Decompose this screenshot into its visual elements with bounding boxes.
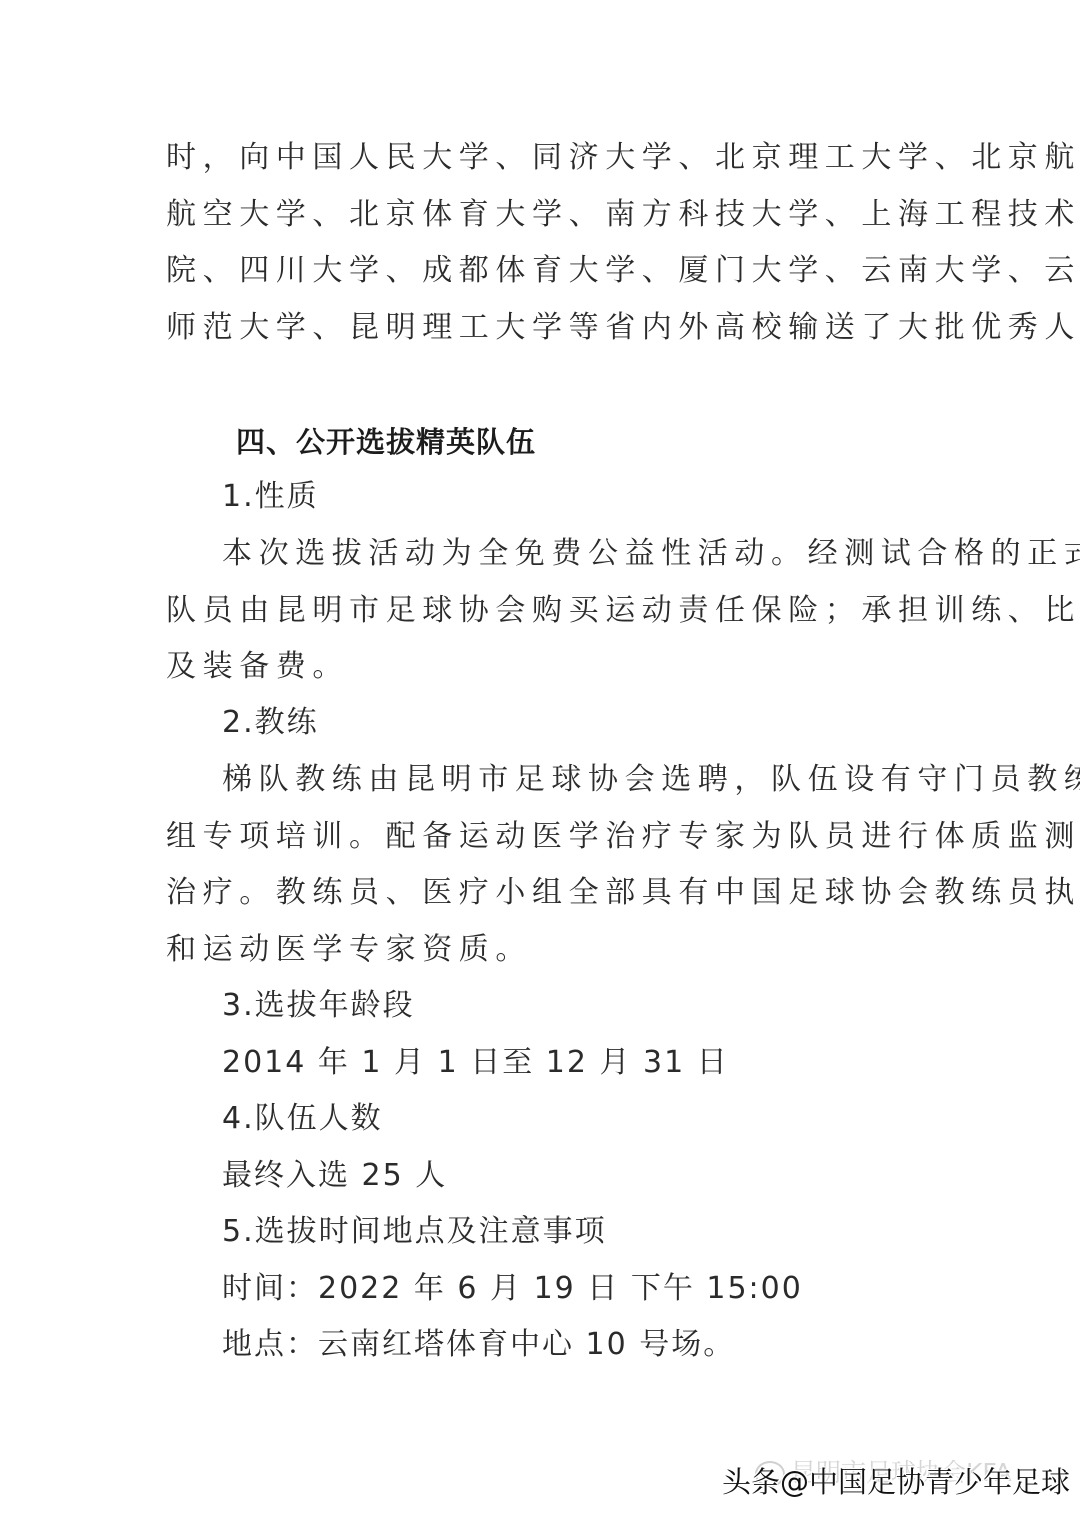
- item-body-line: 最终入选 25 人: [222, 1156, 982, 1196]
- paragraph-line: 院、四川大学、成都体育大学、厦门大学、云南大学、云南: [166, 251, 926, 291]
- item-body-line: 治疗。教练员、医疗小组全部具有中国足球协会教练员执教: [166, 873, 926, 913]
- item-body-line: 队员由昆明市足球协会购买运动责任保险；承担训练、比赛: [166, 591, 926, 631]
- item-body-line: 组专项培训。配备运动医学治疗专家为队员进行体质监测和: [166, 817, 926, 857]
- source-watermark: 头条@中国足协青少年足球: [722, 1465, 1070, 1499]
- item-title-schedule: 5.选拔时间地点及注意事项: [222, 1212, 982, 1252]
- item-title-team-size: 4.队伍人数: [222, 1099, 982, 1139]
- item-body-location: 地点：云南红塔体育中心 10 号场。: [222, 1325, 982, 1365]
- item-body-line: 和运动医学专家资质。: [166, 930, 926, 970]
- item-body-line: 本次选拔活动为全免费公益性活动。经测试合格的正式: [222, 534, 982, 574]
- paragraph-line: 航空大学、北京体育大学、南方科技大学、上海工程技术学: [166, 195, 926, 235]
- item-title-age-range: 3.选拔年龄段: [222, 986, 982, 1026]
- document-page: 时，向中国人民大学、同济大学、北京理工大学、北京航天 航空大学、北京体育大学、南…: [0, 0, 1080, 1526]
- paragraph-line: 时，向中国人民大学、同济大学、北京理工大学、北京航天: [166, 138, 926, 178]
- item-body-time: 时间：2022 年 6 月 19 日 下午 15:00: [222, 1269, 982, 1309]
- item-title-nature: 1.性质: [222, 477, 982, 517]
- item-body-line: 及装备费。: [166, 647, 926, 687]
- item-title-coaches: 2.教练: [222, 703, 982, 743]
- item-body-line: 梯队教练由昆明市足球协会选聘，队伍设有守门员教练: [222, 760, 982, 800]
- paragraph-line: 师范大学、昆明理工大学等省内外高校输送了大批优秀人才。: [166, 308, 926, 348]
- item-body-line: 2014 年 1 月 1 日至 12 月 31 日: [222, 1043, 982, 1083]
- section-heading: 四、公开选拔精英队伍: [236, 422, 536, 462]
